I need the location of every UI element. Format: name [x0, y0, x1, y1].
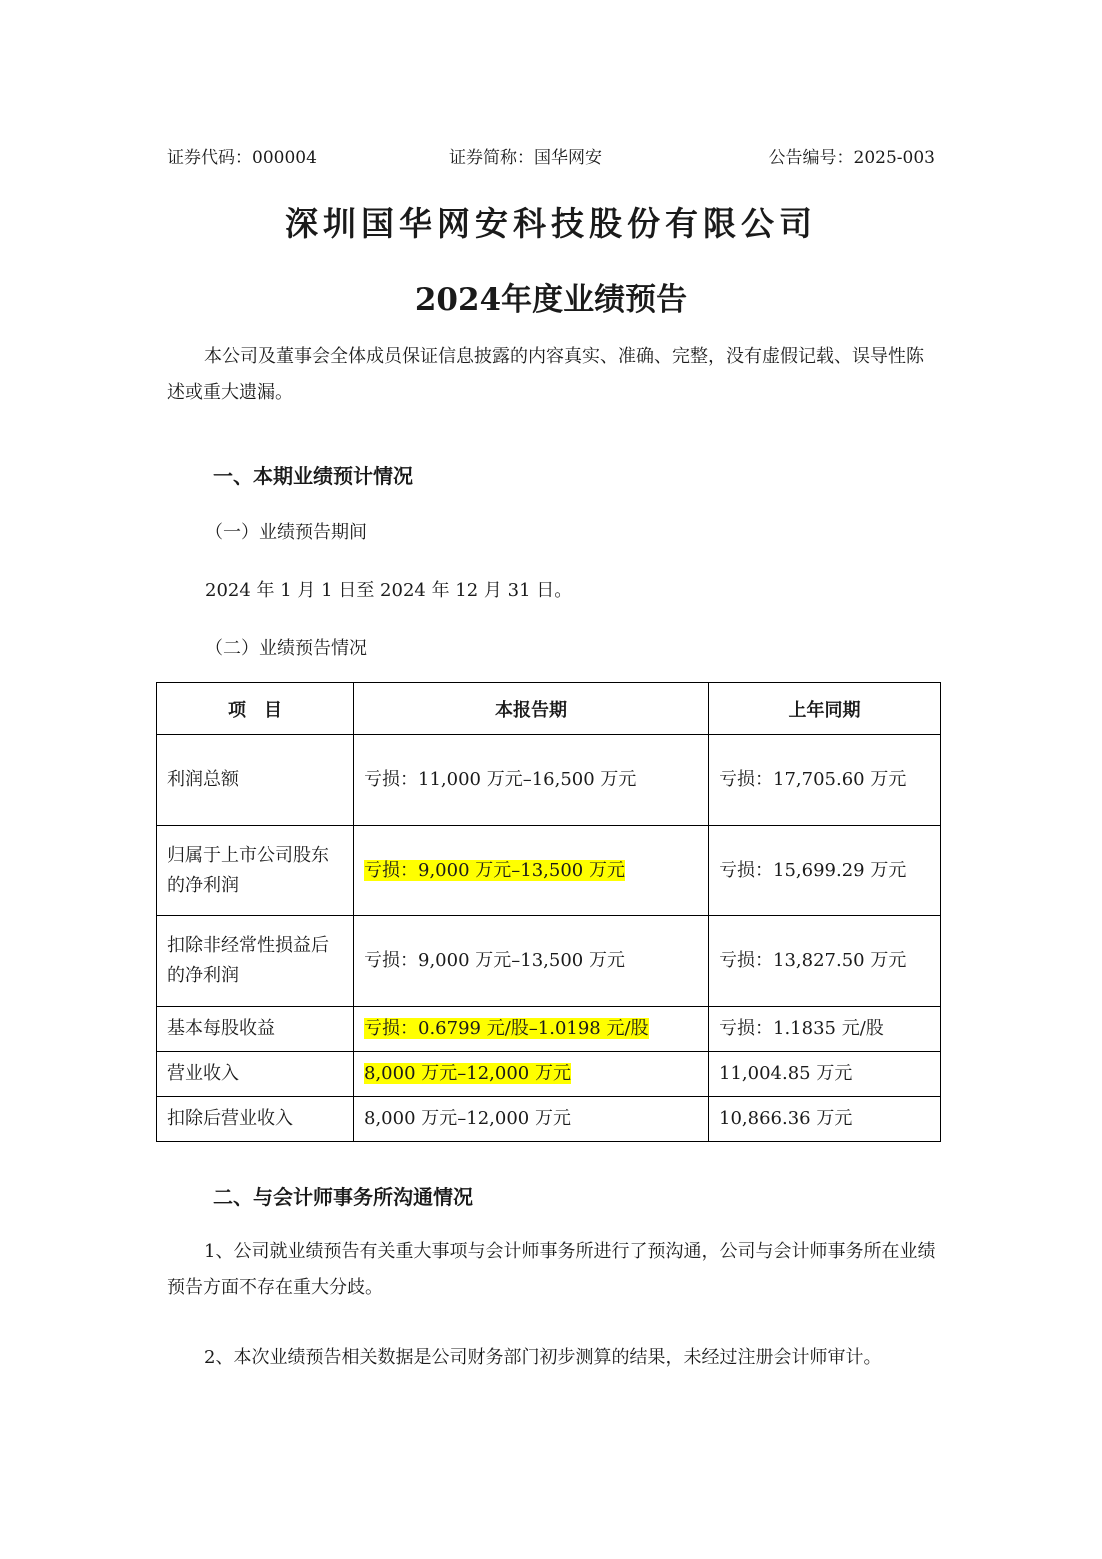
report-title: 2024年度业绩预告 [0, 274, 1102, 319]
section2-paragraph-1: 1、公司就业绩预告有关重大事项与会计师事务所进行了预沟通，公司与会计师事务所在业… [167, 1234, 937, 1306]
row-item: 扣除非经常性损益后的净利润 [157, 916, 354, 1007]
table-row: 基本每股收益 亏损：0.6799 元/股–1.0198 元/股 亏损：1.183… [157, 1007, 941, 1052]
row-current: 8,000 万元–12,000 万元 [354, 1052, 709, 1097]
row-current: 8,000 万元–12,000 万元 [354, 1097, 709, 1142]
highlighted-value: 8,000 万元–12,000 万元 [364, 1063, 571, 1084]
row-current: 亏损：9,000 万元–13,500 万元 [354, 916, 709, 1007]
header-prior: 上年同期 [709, 683, 941, 735]
table-row: 扣除非经常性损益后的净利润 亏损：9,000 万元–13,500 万元 亏损：1… [157, 916, 941, 1007]
row-current: 亏损：0.6799 元/股–1.0198 元/股 [354, 1007, 709, 1052]
table-header-row: 项 目 本报告期 上年同期 [157, 683, 941, 735]
section2-paragraph-2: 2、本次业绩预告相关数据是公司财务部门初步测算的结果，未经过注册会计师审计。 [167, 1340, 937, 1376]
disclosure-statement: 本公司及董事会全体成员保证信息披露的内容真实、准确、完整，没有虚假记载、误导性陈… [167, 339, 937, 411]
row-current: 亏损：9,000 万元–13,500 万元 [354, 826, 709, 916]
forecast-table: 项 目 本报告期 上年同期 利润总额 亏损：11,000 万元–16,500 万… [156, 682, 941, 1142]
announcement-number: 公告编号：2025-003 [769, 143, 935, 168]
row-item: 营业收入 [157, 1052, 354, 1097]
row-item: 基本每股收益 [157, 1007, 354, 1052]
stock-abbreviation: 证券简称：国华网安 [449, 143, 602, 168]
highlighted-value: 亏损：9,000 万元–13,500 万元 [364, 860, 625, 881]
row-prior: 亏损：1.1835 元/股 [709, 1007, 941, 1052]
row-item: 利润总额 [157, 735, 354, 826]
section1-sub2: （二）业绩预告情况 [205, 634, 367, 660]
company-title: 深圳国华网安科技股份有限公司 [0, 198, 1102, 245]
section2-heading: 二、与会计师事务所沟通情况 [213, 1181, 473, 1210]
row-item: 扣除后营业收入 [157, 1097, 354, 1142]
table-row: 利润总额 亏损：11,000 万元–16,500 万元 亏损：17,705.60… [157, 735, 941, 826]
stock-code: 证券代码：000004 [167, 143, 317, 168]
highlighted-value: 亏损：0.6799 元/股–1.0198 元/股 [364, 1018, 649, 1039]
row-item: 归属于上市公司股东的净利润 [157, 826, 354, 916]
table-row: 扣除后营业收入 8,000 万元–12,000 万元 10,866.36 万元 [157, 1097, 941, 1142]
row-prior: 亏损：13,827.50 万元 [709, 916, 941, 1007]
header-current: 本报告期 [354, 683, 709, 735]
table-row: 营业收入 8,000 万元–12,000 万元 11,004.85 万元 [157, 1052, 941, 1097]
section1-sub1: （一）业绩预告期间 [205, 518, 367, 544]
document-header: 证券代码：000004 证券简称：国华网安 公告编号：2025-003 [167, 143, 935, 167]
table-row: 归属于上市公司股东的净利润 亏损：9,000 万元–13,500 万元 亏损：1… [157, 826, 941, 916]
forecast-period: 2024 年 1 月 1 日至 2024 年 12 月 31 日。 [205, 576, 572, 602]
row-prior: 亏损：17,705.60 万元 [709, 735, 941, 826]
header-item: 项 目 [157, 683, 354, 735]
section1-heading: 一、本期业绩预计情况 [213, 460, 413, 489]
row-prior: 10,866.36 万元 [709, 1097, 941, 1142]
row-prior: 11,004.85 万元 [709, 1052, 941, 1097]
row-prior: 亏损：15,699.29 万元 [709, 826, 941, 916]
row-current: 亏损：11,000 万元–16,500 万元 [354, 735, 709, 826]
